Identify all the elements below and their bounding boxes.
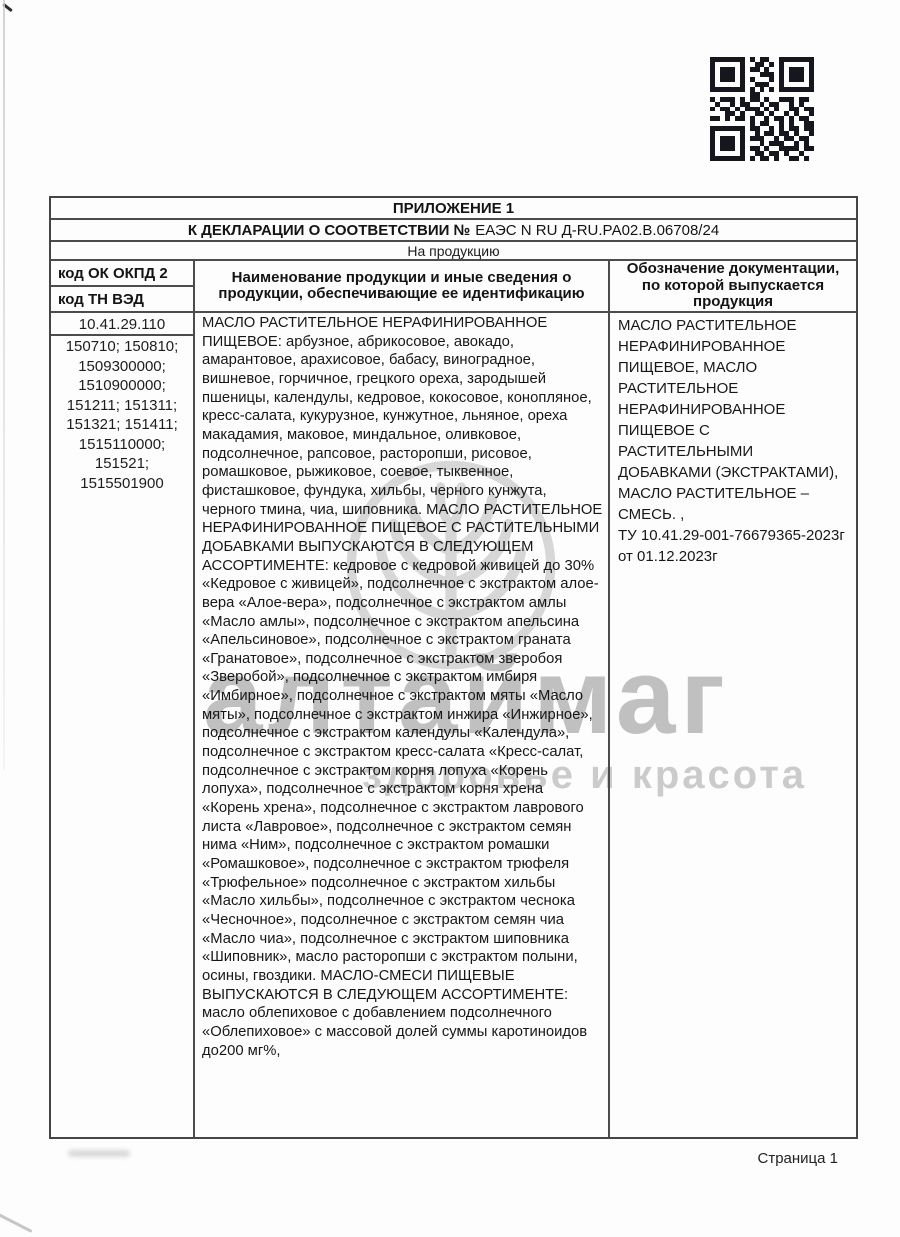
scan-artifact-smudge [68, 1150, 130, 1157]
product-subtitle: На продукцию [407, 243, 499, 259]
product-description-text: МАСЛО РАСТИТЕЛЬНОЕ НЕРАФИНИРОВАННОЕ ПИЩЕ… [195, 313, 610, 1137]
annex-title-row: ПРИЛОЖЕНИЕ 1 [51, 198, 856, 220]
declaration-number: ЕАЭС N RU Д-RU.РА02.В.06708/24 [475, 222, 719, 239]
table-header-row: код ОК ОКПД 2 код ТН ВЭД Наименование пр… [51, 261, 856, 313]
table-data-row: 10.41.29.110 150710; 150810; 1509300000;… [51, 313, 856, 1137]
page-number: Страница 1 [690, 1150, 838, 1167]
header-tnved-label: код ТН ВЭД [51, 287, 193, 311]
header-product-name-label: Наименование продукции и иные сведения о… [195, 261, 610, 311]
scan-artifact-left-edge [3, 0, 5, 770]
okpd-code-value: 10.41.29.110 [51, 313, 193, 336]
declaration-number-row: К ДЕКЛАРАЦИИ О СООТВЕТСТВИИ № ЕАЭС N RU … [51, 220, 856, 242]
declaration-annex-table: ПРИЛОЖЕНИЕ 1 К ДЕКЛАРАЦИИ О СООТВЕТСТВИИ… [49, 196, 858, 1139]
scan-artifact-bottom-streak [0, 1212, 33, 1233]
qr-code [710, 57, 814, 161]
product-subtitle-row: На продукцию [51, 242, 856, 261]
scanned-document-page: алтаймаг здоровье и красота ПРИЛОЖЕНИЕ 1… [0, 0, 900, 1237]
header-documentation-label: Обозначение документации, по которой вып… [610, 261, 856, 311]
codes-cell: 10.41.29.110 150710; 150810; 1509300000;… [51, 313, 195, 1137]
header-codes-cell: код ОК ОКПД 2 код ТН ВЭД [51, 261, 195, 311]
declaration-label: К ДЕКЛАРАЦИИ О СООТВЕТСТВИИ № [188, 222, 470, 239]
annex-title: ПРИЛОЖЕНИЕ 1 [393, 200, 514, 217]
header-okpd-label: код ОК ОКПД 2 [51, 261, 193, 287]
documentation-text: МАСЛО РАСТИТЕЛЬНОЕ НЕРАФИНИРОВАННОЕ ПИЩЕ… [610, 313, 856, 1137]
tnved-codes-value: 150710; 150810; 1509300000; 1510900000; … [51, 336, 193, 493]
